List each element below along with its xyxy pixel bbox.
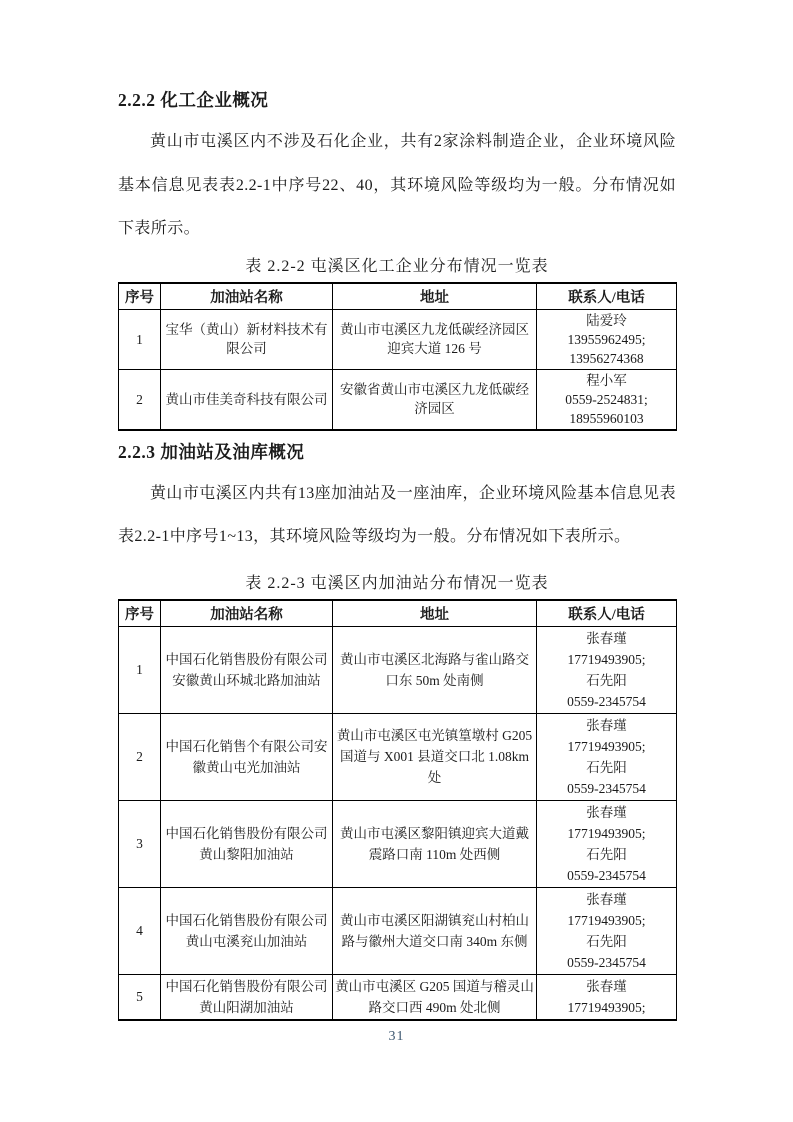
header-name: 加油站名称 <box>161 283 333 310</box>
contact-cell: 张春瑾 17719493905; 石先阳 0559-2345754 <box>537 626 677 713</box>
row-index-cell: 1 <box>119 626 161 713</box>
contact-cell: 陆爱玲 13955962495; 13956274368 <box>537 309 677 369</box>
contact-line: 石先阳 <box>539 757 674 778</box>
contact-line: 17719493905; <box>539 649 674 670</box>
station-name-cell: 中国石化销售股份有限公司黄山阳湖加油站 <box>161 974 333 1020</box>
row-index-cell: 4 <box>119 887 161 974</box>
contact-line: 17719493905; <box>539 997 674 1018</box>
header-name: 加油站名称 <box>161 600 333 627</box>
contact-line: 张春瑾 <box>539 628 674 649</box>
header-no: 序号 <box>119 600 161 627</box>
station-name-cell: 中国石化销售股份有限公司黄山黎阳加油站 <box>161 800 333 887</box>
document-page: 2.2.2 化工企业概况 黄山市屯溪区内不涉及石化企业，共有2家涂料制造企业，企… <box>0 0 793 1122</box>
gas-station-table: 序号 加油站名称 地址 联系人/电话 1 中国石化销售股份有限公司安徽黄山环城北… <box>118 599 677 1021</box>
contact-line: 0559-2345754 <box>539 865 674 886</box>
contact-cell: 张春瑾 17719493905; <box>537 974 677 1020</box>
chem-enterprise-table: 序号 加油站名称 地址 联系人/电话 1 宝华（黄山）新材料技术有限公司 黄山市… <box>118 282 677 431</box>
contact-line: 0559-2345754 <box>539 778 674 799</box>
row-index-cell: 5 <box>119 974 161 1020</box>
section-heading-chem: 2.2.2 化工企业概况 <box>118 88 676 112</box>
table-row: 3 中国石化销售股份有限公司黄山黎阳加油站 黄山市屯溪区黎阳镇迎宾大道戴震路口南… <box>119 800 677 887</box>
header-contact: 联系人/电话 <box>537 283 677 310</box>
row-index-cell: 2 <box>119 713 161 800</box>
contact-line: 石先阳 <box>539 670 674 691</box>
address-cell: 黄山市屯溪区北海路与雀山路交口东 50m 处南侧 <box>333 626 537 713</box>
contact-line: 13955962495; <box>539 330 674 349</box>
header-no: 序号 <box>119 283 161 310</box>
contact-line: 石先阳 <box>539 844 674 865</box>
table-row: 4 中国石化销售股份有限公司黄山屯溪兖山加油站 黄山市屯溪区阳湖镇兖山村柏山路与… <box>119 887 677 974</box>
table-row: 1 中国石化销售股份有限公司安徽黄山环城北路加油站 黄山市屯溪区北海路与雀山路交… <box>119 626 677 713</box>
contact-line: 张春瑾 <box>539 889 674 910</box>
contact-line: 0559-2345754 <box>539 691 674 712</box>
contact-line: 程小军 <box>539 371 674 390</box>
contact-cell: 张春瑾 17719493905; 石先阳 0559-2345754 <box>537 713 677 800</box>
header-address: 地址 <box>333 283 537 310</box>
contact-line: 0559-2345754 <box>539 952 674 973</box>
address-cell: 黄山市屯溪区 G205 国道与稽灵山路交口西 490m 处北侧 <box>333 974 537 1020</box>
table-header-row: 序号 加油站名称 地址 联系人/电话 <box>119 600 677 627</box>
address-cell: 黄山市屯溪区九龙低碳经济园区迎宾大道 126 号 <box>333 309 537 369</box>
row-index-cell: 1 <box>119 309 161 369</box>
address-cell: 黄山市屯溪区阳湖镇兖山村柏山路与徽州大道交口南 340m 东侧 <box>333 887 537 974</box>
station-name-cell: 中国石化销售个有限公司安徽黄山屯光加油站 <box>161 713 333 800</box>
contact-line: 18955960103 <box>539 409 674 428</box>
station-name-cell: 中国石化销售股份有限公司黄山屯溪兖山加油站 <box>161 887 333 974</box>
company-name-cell: 宝华（黄山）新材料技术有限公司 <box>161 309 333 369</box>
contact-line: 17719493905; <box>539 736 674 757</box>
contact-cell: 张春瑾 17719493905; 石先阳 0559-2345754 <box>537 800 677 887</box>
table-caption-chem: 表 2.2-2 屯溪区化工企业分布情况一览表 <box>118 256 676 278</box>
contact-line: 张春瑾 <box>539 802 674 823</box>
contact-cell: 张春瑾 17719493905; 石先阳 0559-2345754 <box>537 887 677 974</box>
section-paragraph-gas: 黄山市屯溪区内共有13座加油站及一座油库，企业环境风险基本信息见表表2.2-1中… <box>118 472 676 559</box>
header-contact: 联系人/电话 <box>537 600 677 627</box>
contact-cell: 程小军 0559-2524831; 18955960103 <box>537 369 677 430</box>
company-name-cell: 黄山市佳美奇科技有限公司 <box>161 369 333 430</box>
address-cell: 安徽省黄山市屯溪区九龙低碳经济园区 <box>333 369 537 430</box>
address-cell: 黄山市屯溪区黎阳镇迎宾大道戴震路口南 110m 处西侧 <box>333 800 537 887</box>
row-index-cell: 2 <box>119 369 161 430</box>
contact-line: 17719493905; <box>539 823 674 844</box>
contact-line: 张春瑾 <box>539 976 674 997</box>
header-address: 地址 <box>333 600 537 627</box>
table-row: 2 黄山市佳美奇科技有限公司 安徽省黄山市屯溪区九龙低碳经济园区 程小军 055… <box>119 369 677 430</box>
table-row: 2 中国石化销售个有限公司安徽黄山屯光加油站 黄山市屯溪区屯光镇篁墩村 G205… <box>119 713 677 800</box>
contact-line: 17719493905; <box>539 910 674 931</box>
section-paragraph-chem: 黄山市屯溪区内不涉及石化企业，共有2家涂料制造企业，企业环境风险基本信息见表表2… <box>118 120 676 251</box>
section-heading-gas: 2.2.3 加油站及油库概况 <box>118 440 676 464</box>
station-name-cell: 中国石化销售股份有限公司安徽黄山环城北路加油站 <box>161 626 333 713</box>
contact-line: 陆爱玲 <box>539 311 674 330</box>
contact-line: 石先阳 <box>539 931 674 952</box>
table-caption-gas: 表 2.2-3 屯溪区内加油站分布情况一览表 <box>118 573 676 595</box>
contact-line: 13956274368 <box>539 349 674 368</box>
row-index-cell: 3 <box>119 800 161 887</box>
contact-line: 张春瑾 <box>539 715 674 736</box>
table-header-row: 序号 加油站名称 地址 联系人/电话 <box>119 283 677 310</box>
page-number: 31 <box>0 1029 793 1045</box>
table-row: 5 中国石化销售股份有限公司黄山阳湖加油站 黄山市屯溪区 G205 国道与稽灵山… <box>119 974 677 1020</box>
table-row: 1 宝华（黄山）新材料技术有限公司 黄山市屯溪区九龙低碳经济园区迎宾大道 126… <box>119 309 677 369</box>
address-cell: 黄山市屯溪区屯光镇篁墩村 G205 国道与 X001 县道交口北 1.08km … <box>333 713 537 800</box>
contact-line: 0559-2524831; <box>539 390 674 409</box>
